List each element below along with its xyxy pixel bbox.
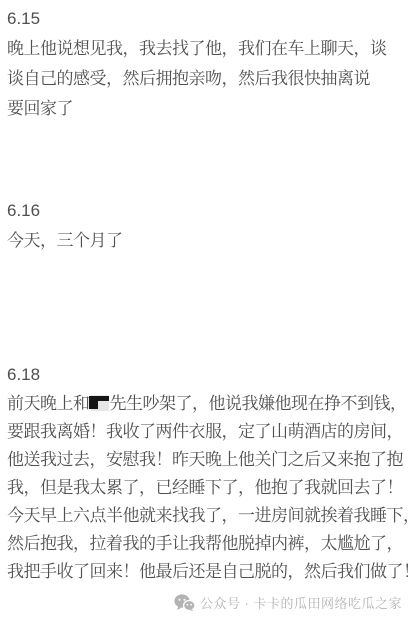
entry-date: 6.15 (7, 4, 414, 34)
redaction-mark (91, 395, 109, 411)
entry-date: 6.18 (7, 360, 414, 390)
account-source-label: 公众号 · 卡卡的瓜田网络吃瓜之家 (200, 593, 402, 612)
wechat-icon (174, 594, 195, 611)
entry-text-line: 晚上他说想见我，我去找了他，我们在车上聊天，谈 (7, 34, 414, 64)
entry-text-segment: 先生吵架了，他说我嫌他现在挣不到钱， (110, 394, 407, 413)
entry-text-line: 前天晚上和先生吵架了，他说我嫌他现在挣不到钱， (7, 390, 414, 418)
entry-text-line: 今天，三个月了 (7, 226, 414, 256)
entry-text-segment: 前天晚上和 (7, 394, 90, 413)
entry-text-line: 然后抱我，拉着我的手让我帮他脱掉内裤，太尴尬了， (7, 530, 414, 558)
entry-text-line: 我，但是我太累了，已经睡下了，他抱了我就回去了！ (7, 474, 414, 502)
diary-entry-6-15: 6.15 晚上他说想见我，我去找了他，我们在车上聊天，谈 谈自己的感受，然后拥抱… (7, 4, 414, 124)
entry-text-line: 要跟我离婚！我收了两件衣服，定了山萌酒店的房间， (7, 418, 414, 446)
entry-text-line: 要回家了 (7, 94, 414, 124)
entry-text-line: 今天早上六点半他就来找我了，一进房间就挨着我睡下， (7, 502, 414, 530)
diary-entry-6-18: 6.18 前天晚上和先生吵架了，他说我嫌他现在挣不到钱， 要跟我离婚！我收了两件… (7, 360, 414, 586)
entry-text-line: 谈自己的感受，然后拥抱亲吻，然后我很快抽离说 (7, 64, 414, 94)
entry-text-line: 我把手收了回来！他最后还是自己脱的，然后我们做了！ (7, 558, 414, 586)
diary-entry-6-16: 6.16 今天，三个月了 (7, 196, 414, 256)
article-page: 6.15 晚上他说想见我，我去找了他，我们在车上聊天，谈 谈自己的感受，然后拥抱… (0, 0, 414, 622)
entry-date: 6.16 (7, 196, 414, 226)
wechat-watermark: 公众号 · 卡卡的瓜田网络吃瓜之家 (174, 593, 402, 612)
entry-text-line: 他送我过去，安慰我！昨天晚上他关门之后又来抱了抱 (7, 446, 414, 474)
